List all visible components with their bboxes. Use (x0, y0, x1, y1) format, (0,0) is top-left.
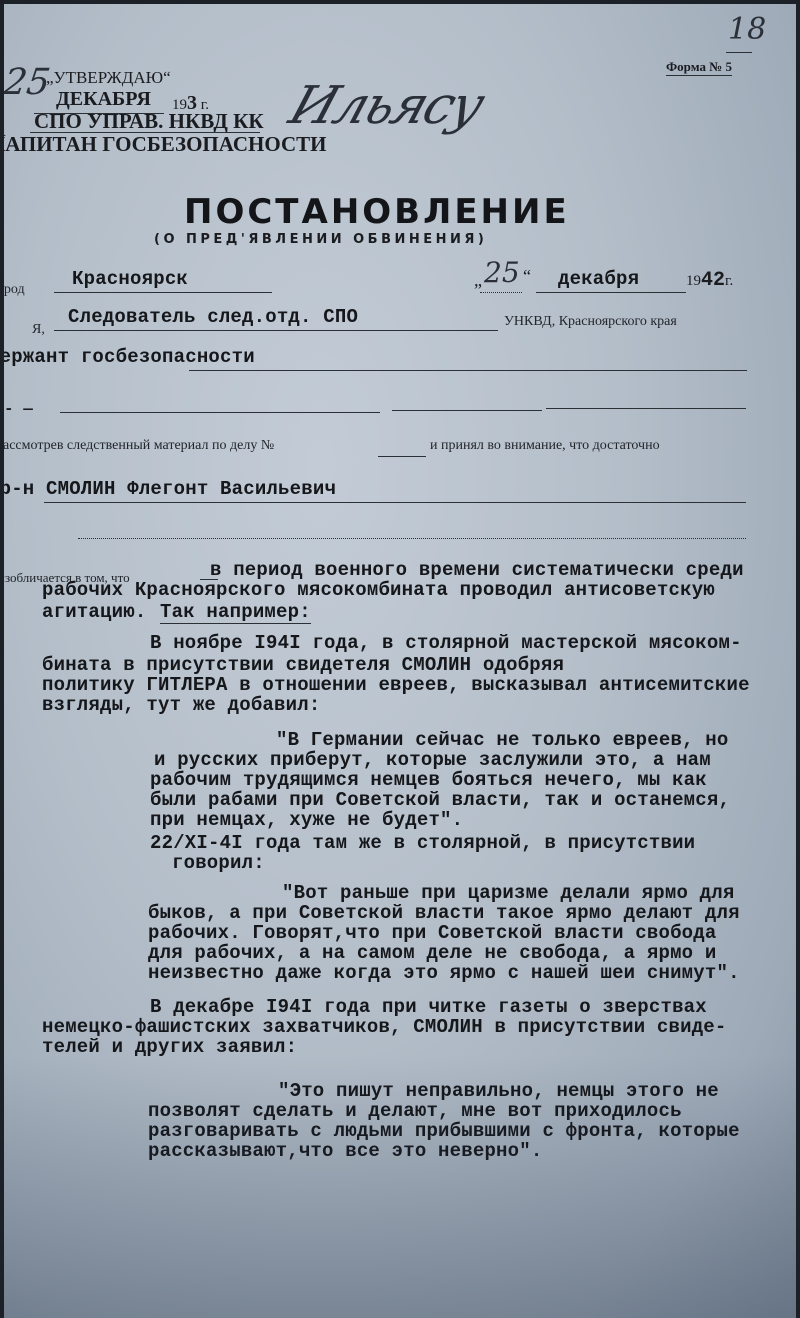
approval-rank: КАПИТАН ГОСБЕЗОПАСНОСТИ (4, 132, 326, 157)
p2-line-2: говорил: (172, 852, 265, 874)
charge-line-3: агитацию. (42, 601, 146, 623)
p1-line-2: бината в присутствии свидетеля СМОЛИН од… (42, 654, 564, 676)
page-title: ПОСТАНОВЛЕНИЕ (184, 192, 570, 232)
agency-label: УНКВД, Красноярского края (504, 314, 677, 330)
p3-line-2: немецко-фашистских захватчиков, СМОЛИН в… (42, 1016, 727, 1038)
blank-line-dash: - — (4, 400, 33, 418)
position-line (54, 330, 498, 331)
page-number-strike (726, 52, 752, 53)
q2-line-1: "Вот раньше при царизме делали ярмо для (282, 882, 734, 904)
city-label: Город (4, 282, 25, 298)
approval-month: ДЕКАБРЯ (36, 88, 151, 111)
considered-text-before: рассмотрев следственный материал по делу… (4, 438, 274, 454)
approval-stamp: „УТВЕРЖДАЮ“ (46, 68, 171, 88)
blank-line-3 (546, 408, 746, 409)
page-number: 18 (728, 12, 766, 47)
rank-line (189, 370, 747, 371)
p1-line-1: В ноябре I94I года, в столярной мастерск… (150, 632, 742, 654)
date-open-quote: „ (474, 270, 482, 291)
q2-line-2: быков, а при Советской власти такое ярмо… (148, 902, 740, 924)
city-value: Красноярск (72, 268, 188, 290)
p3-line-1: В декабре I94I года при читке газеты о з… (150, 996, 707, 1018)
q3-line-4: рассказывают,что все это неверно". (148, 1140, 542, 1162)
form-label: Форма № 5 (666, 59, 732, 76)
city-line (54, 292, 272, 293)
q1-line-4: были рабами при Советской власти, так и … (150, 789, 730, 811)
case-number-line (378, 456, 426, 457)
q3-line-3: разговаривать с людьми прибывшими с фрон… (148, 1120, 740, 1142)
accused-line (44, 502, 746, 503)
considered-text-after: и принял во внимание, что достаточно (430, 438, 660, 454)
approval-signature: Ильясу (282, 76, 490, 136)
date-year-prefix: 19 (686, 273, 701, 289)
q3-line-1: "Это пишут неправильно, немцы этого не (278, 1080, 719, 1102)
accused-blank-line (78, 538, 746, 539)
q2-line-5: неизвестно даже когда это ярмо с нашей ш… (148, 962, 740, 984)
date-month-line (536, 292, 686, 293)
q1-line-1: "В Германии сейчас не только евреев, но (276, 729, 728, 751)
charge-line-2: рабочих Красноярского мясокомбината пров… (42, 579, 715, 601)
document-page: 18 Форма № 5 25 „УТВЕРЖДАЮ“ ДЕКАБРЯ 193 … (4, 4, 796, 1318)
date-year-suffix: 42 (701, 269, 725, 292)
accused-prefix: гр-н (4, 478, 34, 500)
date-year: 1942г. (686, 269, 733, 292)
q1-line-2: и русских приберут, которые заслужили эт… (154, 749, 711, 771)
approval-dept: СПО УПРАВ. НКВД КК (34, 109, 264, 134)
p1-line-4: взгляды, тут же добавил: (42, 694, 320, 716)
p2-line-1: 22/XI-4I года там же в столярной, в прис… (150, 832, 695, 854)
q1-line-5: при немцах, хуже не будет". (150, 809, 463, 831)
charge-line-1: в период военного времени систематически… (210, 559, 744, 581)
p3-line-3: телей и других заявил: (42, 1036, 297, 1058)
date-close-quote: “ (523, 266, 531, 287)
date-month: декабря (558, 268, 639, 290)
date-day-line (480, 292, 522, 293)
rank-value: сержант госбезопасности (4, 346, 255, 368)
page-subtitle: (О ПРЕД'ЯВЛЕНИИ ОБВИНЕНИЯ) (154, 232, 487, 247)
approval-month-text: ДЕКАБРЯ (56, 88, 151, 110)
p1-line-3: политику ГИТЛЕРА в отношении евреев, выс… (42, 674, 750, 696)
position-value: Следователь след.отд. СПО (68, 306, 358, 328)
i-label: Я, (32, 322, 45, 338)
date-year-unit: г. (725, 273, 733, 289)
q3-line-2: позволят сделать и делают, мне вот прихо… (148, 1100, 682, 1122)
q1-line-3: рабочим трудящимся немцев бояться нечего… (150, 769, 707, 791)
accused-name: СМОЛИН Флегонт Васильевич (46, 478, 336, 500)
q2-line-3: рабочих. Говорят,что при Советской власт… (148, 922, 717, 944)
date-day: 25 (484, 256, 520, 289)
for-example: Так например: (160, 601, 311, 624)
blank-line-1 (60, 412, 380, 413)
blank-line-2 (392, 410, 542, 411)
q2-line-4: для рабочих, а на самом деле не свобода,… (148, 942, 717, 964)
